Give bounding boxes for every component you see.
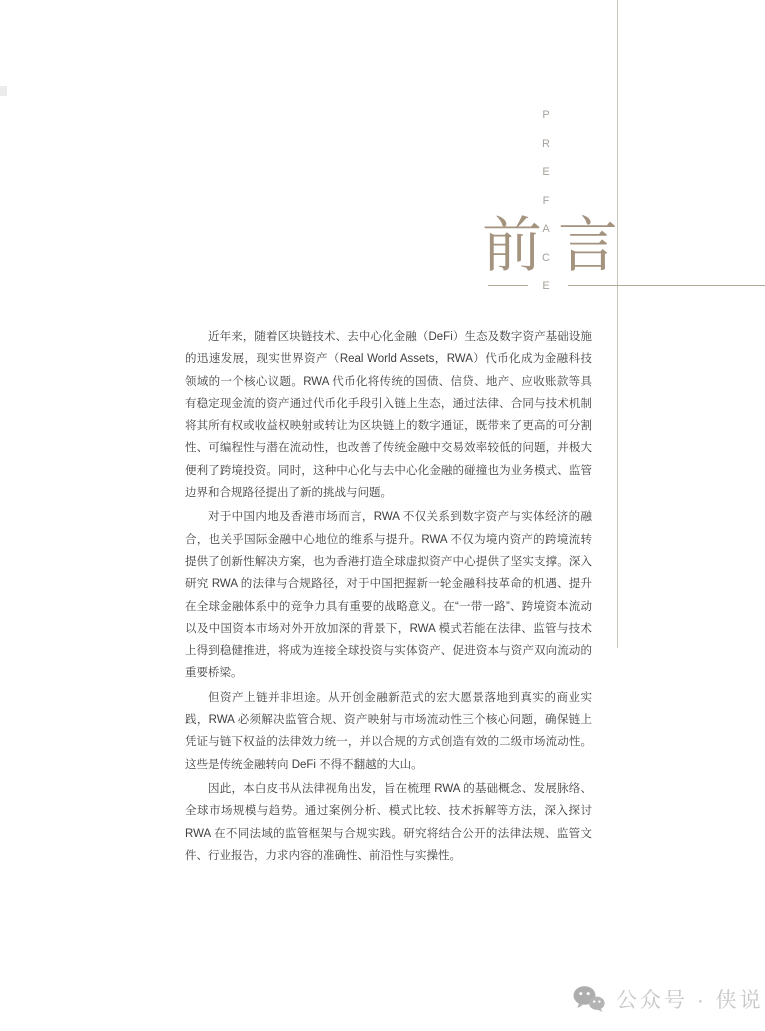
preface-letter: P	[542, 110, 549, 121]
preface-body: 近年来，随着区块链技术、去中心化金融（DeFi）生态及数字资产基础设施的迅速发展…	[185, 326, 592, 869]
preface-letter: C	[542, 253, 550, 264]
page-title-char-1: 前	[482, 216, 542, 276]
horizontal-rule-left	[488, 285, 528, 286]
paragraph-2: 对于中国内地及香港市场而言，RWA 不仅关系到数字资产与实体经济的融合，也关乎国…	[185, 506, 592, 684]
preface-letter: R	[542, 139, 550, 150]
paragraph-4: 因此，本白皮书从法律视角出发，旨在梳理 RWA 的基础概念、发展脉络、全球市场规…	[185, 778, 592, 867]
preface-page: 前 言 P R E F A C E 近年来，随着区块链技术、去中心化金融（DeF…	[0, 0, 765, 1031]
page-title-char-2: 言	[558, 216, 618, 276]
paragraph-3: 但资产上链并非坦途。从开创金融新范式的宏大愿景落地到真实的商业实践，RWA 必须…	[185, 687, 592, 776]
preface-vertical-label: P R E F A C E	[537, 110, 555, 292]
wechat-account-label: 公众号 · 侠说	[616, 984, 764, 1014]
watermark-footer: 公众号 · 侠说	[572, 983, 764, 1015]
preface-letter: E	[542, 281, 549, 292]
preface-letter: A	[542, 224, 549, 235]
wechat-icon	[572, 985, 606, 1013]
horizontal-rule-right	[568, 285, 765, 286]
preface-letter: E	[542, 167, 549, 178]
paragraph-1: 近年来，随着区块链技术、去中心化金融（DeFi）生态及数字资产基础设施的迅速发展…	[185, 326, 592, 504]
left-edge-artifact	[0, 86, 7, 96]
preface-letter: F	[543, 196, 550, 207]
vertical-rule	[617, 0, 618, 648]
